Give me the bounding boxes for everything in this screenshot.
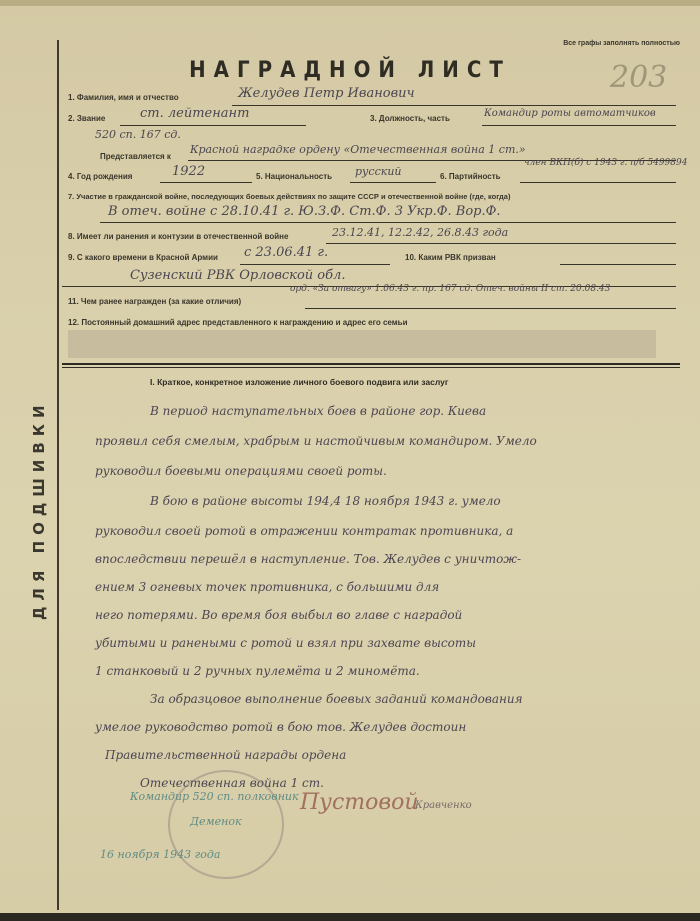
- narrative-line: впоследствии перешёл в наступление. Тов.…: [95, 552, 521, 566]
- narrative-line: убитыми и ранеными с ротой и взял при за…: [95, 636, 476, 650]
- narrative-line: руководил боевыми операциями своей роты.: [95, 464, 387, 478]
- field-label-army-since: 9. С какого времени в Красной Армии: [68, 253, 218, 262]
- field-rule: [232, 105, 676, 106]
- field-label-name: 1. Фамилия, имя и отчество: [68, 93, 179, 102]
- field-rule: [520, 182, 676, 183]
- narrative-line: ением 3 огневых точек противника, с боль…: [95, 580, 439, 594]
- field-rule: [326, 243, 676, 244]
- narrative-line: Правительственной награды ордена: [105, 748, 346, 762]
- binding-margin-line: [57, 40, 59, 910]
- field-value-presented: Красной наградке ордену «Отечественная в…: [190, 143, 526, 156]
- signature-block-line: Командир 520 сп. полковник: [130, 790, 299, 803]
- field-rule: [305, 308, 676, 309]
- section-divider: [62, 363, 680, 365]
- field-value-unit: 520 сп. 167 сд.: [95, 128, 181, 141]
- field-label-home-address: 12. Постоянный домашний адрес представле…: [68, 318, 408, 327]
- narrative-line: руководил своей ротой в отражении контра…: [95, 524, 513, 538]
- narrative-line: В период наступательных боев в районе го…: [150, 404, 486, 418]
- field-value-drafted-by: Сузенский РВК Орловской обл.: [130, 268, 345, 283]
- scan-edge-top: [0, 0, 700, 6]
- section-title: I. Краткое, конкретное изложение личного…: [150, 377, 448, 387]
- field-label-position: 3. Должность, часть: [370, 114, 450, 123]
- section-divider: [62, 367, 680, 368]
- field-value-wounds: 23.12.41, 12.2.42, 26.8.43 года: [332, 226, 508, 239]
- field-label-rank: 2. Звание: [68, 114, 105, 123]
- signature-block-line: Деменок: [190, 815, 242, 828]
- handwritten-signature: Пустовой: [300, 790, 419, 815]
- field-label-prior-awards: 11. Чем ранее награжден (за какие отличи…: [68, 297, 241, 306]
- field-value-birth-year: 1922: [172, 164, 205, 179]
- field-label-party: 6. Партийность: [440, 172, 501, 181]
- narrative-line: проявил себя смелым, храбрым и настойчив…: [95, 434, 537, 448]
- narrative-line: него потерями. Во время боя выбыл во гла…: [95, 608, 462, 622]
- scan-edge-bottom: [0, 913, 700, 921]
- field-label-war-participation: 7. Участие в гражданской войне, последую…: [68, 192, 510, 201]
- narrative-line: В бою в районе высоты 194,4 18 ноября 19…: [150, 494, 501, 508]
- fill-instruction: Все графы заполнять полностью: [563, 40, 680, 47]
- field-value-war-participation: В отеч. войне с 28.10.41 г. Ю.З.Ф. Ст.Ф.…: [108, 204, 501, 219]
- field-value-rank: ст. лейтенант: [140, 106, 249, 121]
- signature-name: Кравченко: [415, 800, 472, 811]
- binding-label: ДЛЯ ПОДШИВКИ: [30, 399, 48, 620]
- field-rule: [560, 264, 676, 265]
- field-rule: [240, 264, 390, 265]
- redacted-address: [68, 330, 656, 358]
- document-title: НАГРАДНОЙ ЛИСТ: [0, 58, 700, 83]
- narrative-line: умелое руководство ротой в бою тов. Желу…: [95, 720, 466, 734]
- signature-block-date: 16 ноября 1943 года: [100, 848, 220, 861]
- field-rule: [160, 182, 252, 183]
- field-value-prior-awards: орд. «За отвагу» 1.06.43 г. пр. 167 сд. …: [290, 284, 610, 294]
- field-rule: [350, 182, 436, 183]
- narrative-line: 1 станковый и 2 ручных пулемёта и 2 мино…: [95, 664, 420, 678]
- field-value-position: Командир роты автоматчиков: [484, 108, 656, 119]
- field-rule: [100, 222, 676, 223]
- field-label-presented: Представляется к: [100, 152, 171, 161]
- field-label-birth-year: 4. Год рождения: [68, 172, 132, 181]
- award-sheet-page: ДЛЯ ПОДШИВКИ Все графы заполнять полност…: [0, 0, 700, 921]
- field-value-name: Желудев Петр Иванович: [238, 86, 415, 101]
- field-label-nationality: 5. Национальность: [256, 172, 332, 181]
- field-value-army-since: с 23.06.41 г.: [244, 245, 328, 260]
- narrative-line: За образцовое выполнение боевых заданий …: [150, 692, 523, 706]
- field-value-nationality: русский: [355, 165, 401, 178]
- field-label-drafted-by: 10. Каким РВК призван: [405, 253, 496, 262]
- field-label-wounds: 8. Имеет ли ранения и контузии в отечест…: [68, 232, 288, 241]
- field-rule: [482, 125, 676, 126]
- pencil-annotation: 203: [610, 60, 667, 95]
- field-value-party: член ВКП(б) с 1943 г. п/б 5499894: [524, 158, 687, 168]
- field-rule: [120, 125, 306, 126]
